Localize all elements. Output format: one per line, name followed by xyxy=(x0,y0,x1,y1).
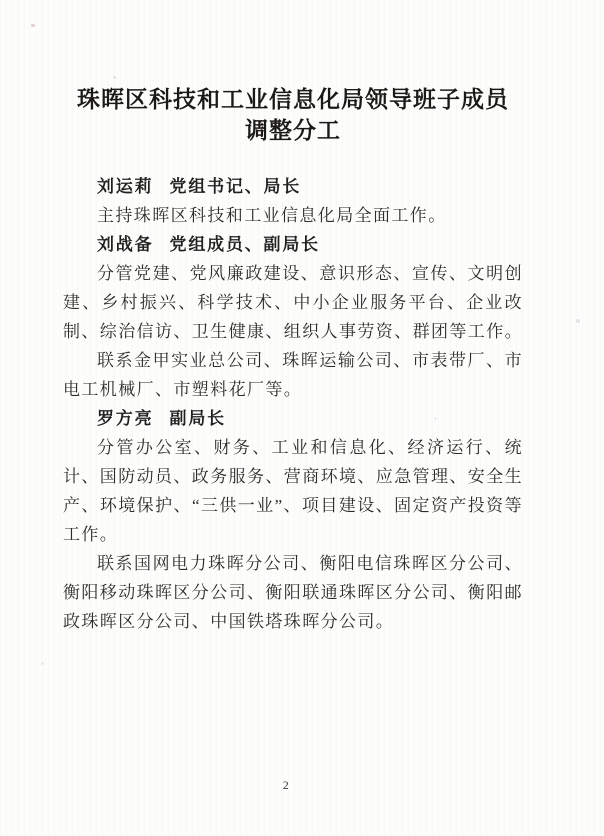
scan-speck xyxy=(113,76,116,79)
leader-name: 刘战备 xyxy=(97,235,153,254)
contact-paragraph: 联系金甲实业总公司、珠晖运输公司、市表带厂、市电工机械厂、市塑料花厂等。 xyxy=(63,346,523,404)
document-title-line-1: 珠晖区科技和工业信息化局领导班子成员 xyxy=(63,84,523,115)
leader-heading: 刘战备党组成员、副局长 xyxy=(63,230,523,259)
document-title: 珠晖区科技和工业信息化局领导班子成员 调整分工 xyxy=(63,84,523,146)
document-body: 刘运莉党组书记、局长 主持珠晖区科技和工业信息化局全面工作。 刘战备党组成员、副… xyxy=(63,172,523,636)
scan-speck xyxy=(41,662,44,665)
duty-paragraph: 分管办公室、财务、工业和信息化、经济运行、统计、国防动员、政务服务、营商环境、应… xyxy=(63,433,523,549)
document-content: 珠晖区科技和工业信息化局领导班子成员 调整分工 刘运莉党组书记、局长 主持珠晖区… xyxy=(63,84,523,636)
document-title-line-2: 调整分工 xyxy=(63,115,523,146)
scan-speck xyxy=(31,24,35,27)
leader-heading: 刘运莉党组书记、局长 xyxy=(63,172,523,201)
leader-role: 党组书记、局长 xyxy=(170,177,302,196)
leader-name: 刘运莉 xyxy=(97,177,153,196)
scan-speck xyxy=(576,319,580,323)
leader-role: 党组成员、副局长 xyxy=(170,235,320,254)
duty-paragraph: 主持珠晖区科技和工业信息化局全面工作。 xyxy=(63,201,523,230)
leader-heading: 罗方亮副局长 xyxy=(63,404,523,433)
duty-paragraph: 分管党建、党风廉政建设、意识形态、宣传、文明创建、乡村振兴、科学技术、中小企业服… xyxy=(63,259,523,346)
contact-paragraph: 联系国网电力珠晖分公司、衡阳电信珠晖区分公司、衡阳移动珠晖区分公司、衡阳联通珠晖… xyxy=(63,549,523,636)
leader-role: 副局长 xyxy=(170,409,226,428)
document-page: 珠晖区科技和工业信息化局领导班子成员 调整分工 刘运莉党组书记、局长 主持珠晖区… xyxy=(0,0,604,836)
leader-name: 罗方亮 xyxy=(97,409,153,428)
page-number: 2 xyxy=(0,778,572,793)
